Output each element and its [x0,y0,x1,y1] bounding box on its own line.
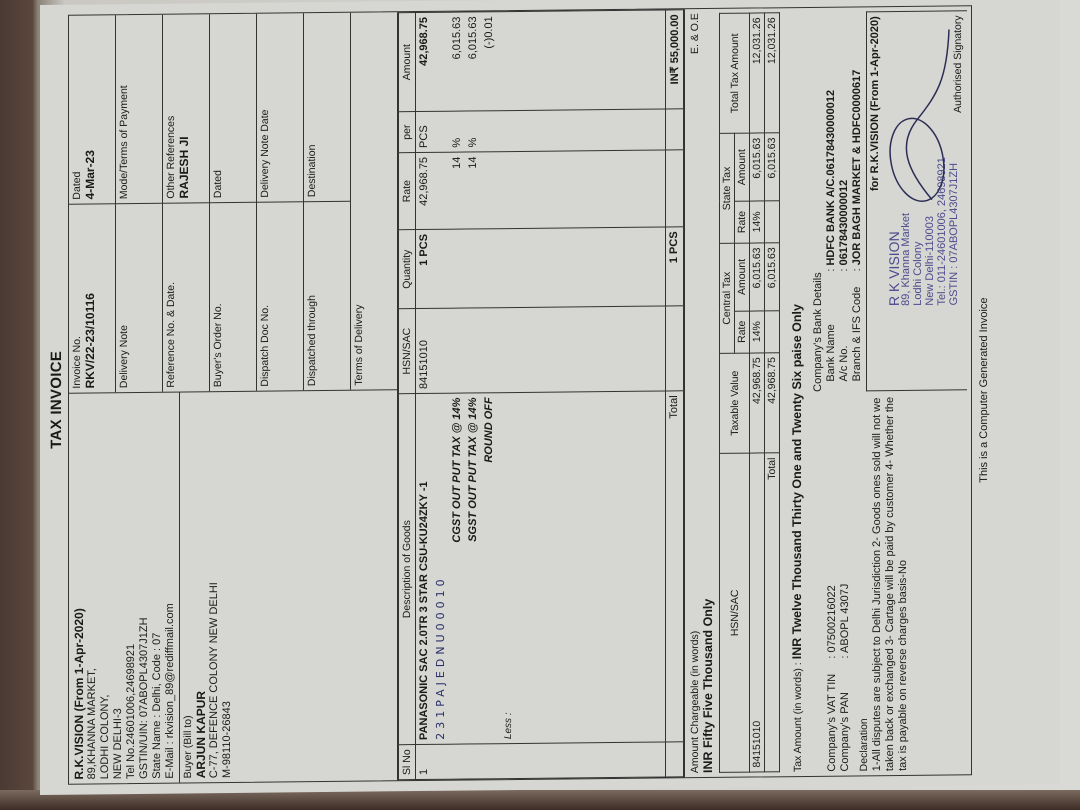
seller-gstin: GSTIN/UIN: 07ABOPL4307J1ZH [138,397,151,779]
seller-tel: Tel No.24601006,24698921 [125,397,138,779]
tax-hsn-header: HSN/SAC [720,453,750,772]
tax-words-block: Tax Amount (in words) : INR Twelve Thous… [786,8,808,776]
seller-state: State Name : Delhi, Code : 07 [151,397,164,779]
bank-label: Branch & IFS Code [851,271,864,391]
item-hsn: 84151010 [416,308,433,393]
meta-row: Dispatched throughDestination [304,13,351,390]
invoice-paper: TAX INVOICE R.K.VISION (From 1-Apr-2020)… [40,0,1060,795]
cell [481,229,497,308]
company-ids-declaration: Company's VAT TIN : 07500216022 Company'… [812,390,967,772]
cell [449,229,465,308]
bank-value: 06178430000012 [838,180,850,266]
seller-name: R.K.VISION (From 1-Apr-2020) [73,398,86,780]
items-column-header: per [399,112,416,153]
tax-line-label: CGST OUT PUT TAX @ 14% [449,393,465,744]
bank-row: Bank Name: HDFC BANK A/C.06178430000012 [825,12,838,392]
item-rate: 42,968.75 [416,152,433,229]
cell [432,152,449,229]
items-column-header: Rate [399,153,416,230]
tax-line-row: ROUND OFF(-)0.01 [481,12,497,779]
seller-email: E-Mail : rkvision_89@rediffmail.com [164,397,177,779]
signatory-box: for R.K.VISION (From 1-Apr-2020) R K VIS… [866,10,967,391]
computer-generated-note: This is a Computer Generated Invoice [978,5,990,775]
tax-line-per: % [465,111,481,152]
tax-line-per [481,111,497,152]
meta-cell: Reference No. & Date. [163,202,209,391]
seller-buyer-block: R.K.VISION (From 1-Apr-2020) 89,KHANNA M… [69,389,397,783]
items-column-header: Amount [399,13,416,112]
meta-cell: Delivery Note [116,203,162,392]
seller-address-1: 89,KHANNA MARKET, [86,397,99,779]
meta-cell: Terms of Delivery [351,12,397,389]
meta-label: Reference No. & Date. [165,208,178,388]
meta-row: Reference No. & Date.Other ReferencesRAJ… [163,14,210,391]
cell [666,109,684,150]
tax-line-label: SGST OUT PUT TAX @ 14% [465,393,481,744]
cell [666,306,684,391]
items-column-header: HSN/SAC [399,309,416,394]
cell [481,744,497,779]
cell [465,308,481,393]
meta-row: Invoice No.RKV/22-23/10116Dated4-Mar-23 [69,15,116,392]
total-label: Total [666,391,684,742]
tax-total-amount: 12,031.26 [765,13,780,133]
tax-total-state: 6,015.63 [765,133,780,201]
tax-row-taxable: 42,968.75 [750,353,765,454]
meta-cell: Delivery Note Date [257,13,303,201]
items-table: Sl NoDescription of GoodsHSN/SACQuantity… [398,9,684,780]
pan-label: Company's PAN [839,661,852,771]
tax-row: 84151010 42,968.75 14% 6,015.63 14% 6,01… [750,13,765,772]
tax-line-rate [481,152,497,229]
meta-cell: Other ReferencesRAJESH JI [163,14,209,202]
meta-row: Terms of Delivery [351,12,397,389]
handwritten-serial: 231PAJEDNU00010 [432,393,449,744]
tax-total-label: Total [765,453,780,772]
bank-label: Bank Name [825,272,838,392]
meta-row: Delivery NoteMode/Terms of Payment [116,15,163,392]
amount-words: INR Fifty Five Thousand Only [701,13,715,773]
meta-cell: Buyer's Order No. [210,202,256,391]
cell [432,744,449,779]
meta-value: RKV/22-23/10116 [84,208,97,388]
tax-line-amount: (-)0.01 [481,12,497,111]
cell [432,111,449,152]
item-sl: 1 [416,744,433,779]
tax-words: INR Twelve Thousand Thirty One and Twent… [790,304,804,659]
cell [497,742,666,779]
tax-line-label: ROUND OFF [481,393,497,744]
cell [432,308,449,393]
central-rate-header: Rate [735,311,750,353]
tax-summary: HSN/SAC Taxable Value Central Tax State … [719,8,780,777]
item-per: PCS [416,111,433,152]
meta-row: Dispatch Doc No.Delivery Note Date [257,13,304,390]
cell [449,744,465,779]
items-column-header: Quantity [399,230,416,309]
meta-cell: Mode/Terms of Payment [116,15,162,203]
cell [666,742,684,777]
meta-label: Terms of Delivery [353,17,366,386]
cell [465,229,481,308]
invoice-meta-grid: Invoice No.RKV/22-23/10116Dated4-Mar-23D… [69,12,397,392]
meta-label: Delivery Note Date [259,18,272,198]
header-section: R.K.VISION (From 1-Apr-2020) 89,KHANNA M… [69,12,398,783]
seller-address-2: LODHI COLONY, [99,397,112,779]
bank-row: Branch & IFS Code: JOR BAGH MARKET & HDF… [851,11,864,391]
authorised-signatory: Authorised Signatory [952,15,965,113]
declaration-label: Declaration [858,391,871,771]
meta-value: RAJESH JI [178,18,191,198]
tax-total-header: Total Tax Amount [720,13,750,134]
total-quantity: 1 PCS [666,227,684,306]
tax-row-central-amount: 6,015.63 [750,243,765,311]
tax-row-state-rate: 14% [750,201,765,243]
meta-label: Dispatched through [306,206,319,386]
items-header-row: Sl NoDescription of GoodsHSN/SACQuantity… [399,13,416,780]
tax-line-per: % [449,111,465,152]
cell [432,12,449,111]
meta-row: Buyer's Order No.Dated [210,14,257,391]
tax-row-total: 12,031.26 [750,13,765,133]
meta-cell: Destination [304,13,350,201]
invoice-frame: R.K.VISION (From 1-Apr-2020) 89,KHANNA M… [68,5,972,784]
meta-cell: Dated4-Mar-23 [69,15,115,203]
tax-line-rate: 14 [449,152,465,229]
meta-label: Mode/Terms of Payment [118,19,131,199]
tax-central-header: Central Tax [720,243,735,353]
cell [465,744,481,779]
cell [481,308,497,393]
cell [497,306,666,393]
bank-row: A/c No.: 06178430000012 [838,12,851,392]
meta-label: Delivery Note [118,208,131,388]
state-rate-header: Rate [735,201,750,243]
buyer-phone: M-98110-26843 [221,396,234,778]
state-amount-header: Amount [735,133,750,201]
vat-tin-value: 07500216022 [826,585,838,652]
meta-label: Destination [306,17,319,197]
meta-value: 4-Mar-23 [84,19,97,199]
declaration-text: 1-All disputes are subject to Delhi Juri… [871,391,910,771]
vat-tin-row: Company's VAT TIN : 07500216022 [826,392,839,772]
tax-total-central: 6,015.63 [765,243,780,311]
pan-row: Company's PAN : ABOPL 4307J [839,391,852,771]
tax-row-state-amount: 6,015.63 [750,133,765,201]
bank-details: Bank Name: HDFC BANK A/C.06178430000012A… [825,11,864,391]
less-row: Less : [497,10,666,779]
amount-words-label: Amount Chargeable (in words) [689,631,701,774]
meta-cell: Dispatched through [304,201,350,390]
bank-heading: Company's Bank Details [812,12,825,392]
items-column-header: Description of Goods [399,394,416,745]
item-row: 1PANASONIC SAC 2.0TR 3 STAR CSU-KU24ZKY … [416,12,433,779]
cell [432,229,449,308]
tax-total-row: Total 42,968.75 6,015.63 6,015.63 12,031… [765,13,780,772]
item-quantity: 1 PCS [416,229,433,308]
buyer-block: Buyer (Bill to) ARJUN KAPUR C-77, DEFENC… [179,392,264,783]
footer-section: Company's VAT TIN : 07500216022 Company'… [808,6,971,776]
tax-total-taxable: 42,968.75 [765,353,780,454]
amount-words-block: Amount Chargeable (in words) E. & O.E IN… [684,9,719,777]
tax-line-row: SGST OUT PUT TAX @ 14%14%6,015.63 [465,12,481,779]
central-amount-header: Amount [735,243,750,311]
cell [497,109,666,152]
item-description: PANASONIC SAC 2.0TR 3 STAR CSU-KU24ZKY -… [416,393,433,744]
tax-row-central-rate: 14% [750,310,765,352]
seller-address-3: NEW DELHI-3 [112,397,125,779]
bank-value: JOR BAGH MARKET & HDFC0000617 [851,70,863,266]
bank-signatory-block: Company's Bank Details Bank Name: HDFC B… [812,10,967,392]
less-label: Less : [497,391,666,744]
tax-words-label: Tax Amount (in words) : [792,662,804,772]
eoe-note: E. & O.E [689,13,701,54]
items-column-header: Sl No [399,745,416,780]
tax-state-header: State Tax [720,134,735,244]
bank-label: A/c No. [838,272,851,392]
meta-label: Dispatch Doc No. [259,207,272,387]
tax-taxable-header: Taxable Value [720,353,750,454]
tax-line-rate: 14 [465,152,481,229]
total-amount: IN₹ 55,000.00 [666,10,684,109]
meta-label: Dated [212,18,225,198]
meta-label: Buyer's Order No. [212,207,225,387]
total-row: Total1 PCSIN₹ 55,000.00 [666,10,684,777]
tax-line-amount: 6,015.63 [465,12,481,111]
tax-summary-table: HSN/SAC Taxable Value Central Tax State … [719,12,780,773]
vat-tin-label: Company's VAT TIN [826,662,839,772]
bank-value: HDFC BANK A/C.06178430000012 [825,90,837,266]
meta-cell: Dated [210,14,256,202]
pan-value: ABOPL 4307J [839,584,851,653]
invoice-title: TAX INVOICE [48,15,65,785]
tax-row-hsn: 84151010 [750,453,765,772]
cell [497,10,666,111]
item-amount: 42,968.75 [416,12,433,111]
cell [449,308,465,393]
buyer-address: C-77, DEFENCE COLONY NEW DELHI [208,396,221,778]
tax-line-row: CGST OUT PUT TAX @ 14%14%6,015.63 [449,12,465,779]
cell [497,227,666,308]
handwritten-row: 231PAJEDNU00010 [432,12,449,779]
meta-cell: Dispatch Doc No. [257,201,303,390]
buyer-name: ARJUN KAPUR [195,396,208,778]
meta-cell: Invoice No.RKV/22-23/10116 [69,203,115,392]
cell [666,150,684,227]
tax-line-amount: 6,015.63 [449,12,465,111]
cell [497,150,666,229]
